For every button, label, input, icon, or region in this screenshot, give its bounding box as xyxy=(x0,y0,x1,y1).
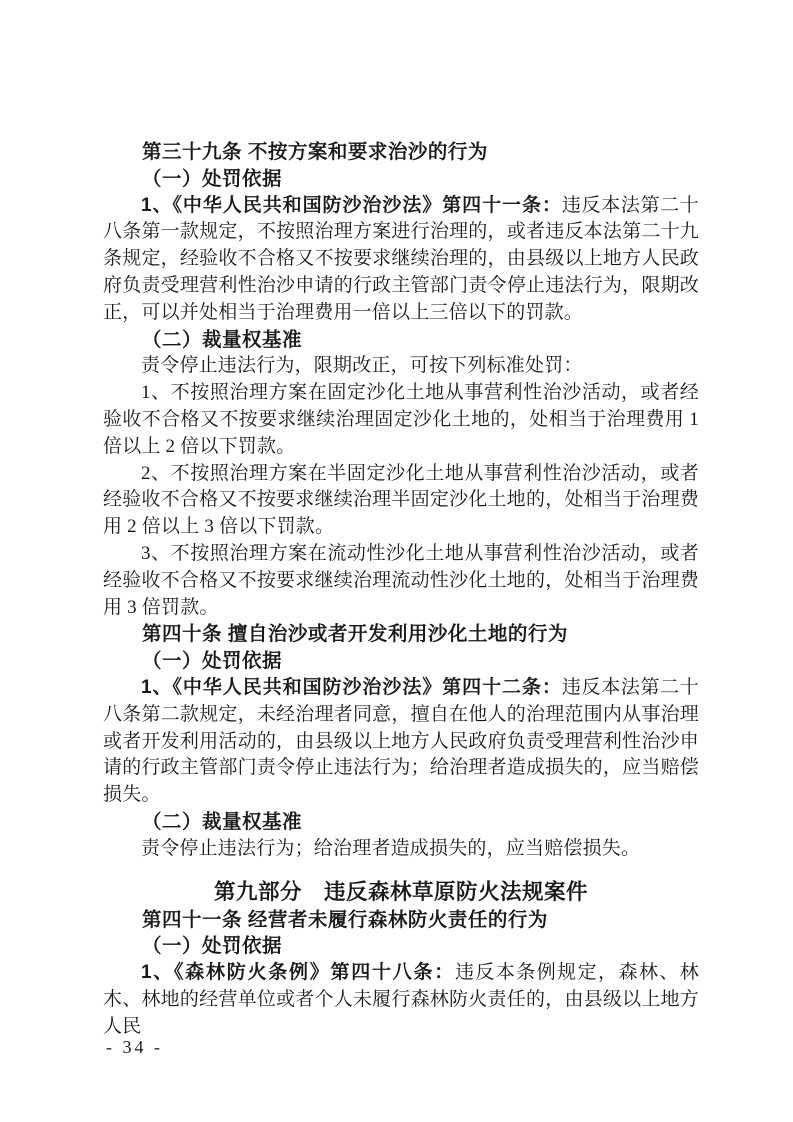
document-body: 第三十九条 不按方案和要求治沙的行为 （一）处罚依据 1、《中华人民共和国防沙治… xyxy=(103,139,699,1041)
document-page: 第三十九条 不按方案和要求治沙的行为 （一）处罚依据 1、《中华人民共和国防沙治… xyxy=(0,0,793,1122)
article-39-discretion-item-2: 2、不按照治理方案在半固定沙化土地从事营利性治沙活动，或者经验收不合格又不按要求… xyxy=(103,461,699,541)
page-number: - 34 - xyxy=(106,1037,163,1058)
article-39-basis-heading: （一）处罚依据 xyxy=(103,166,699,193)
article-40-discretion-text: 责令停止违法行为；给治理者造成损失的，应当赔偿损失。 xyxy=(103,836,699,863)
article-39-discretion-intro: 责令停止违法行为，限期改正，可按下列标准处罚： xyxy=(103,353,699,380)
article-40-discretion-heading: （二）裁量权基准 xyxy=(103,809,699,836)
article-39-discretion-item-1: 1、不按照治理方案在固定沙化土地从事营利性治沙活动，或者经验收不合格又不按要求继… xyxy=(103,380,699,460)
article-39-basis-paragraph: 1、《中华人民共和国防沙治沙法》第四十一条：违反本法第二十八条第一款规定，不按照… xyxy=(103,193,699,327)
article-39-discretion-heading: （二）裁量权基准 xyxy=(103,327,699,354)
article-39-heading: 第三十九条 不按方案和要求治沙的行为 xyxy=(103,139,699,166)
article-40-heading: 第四十条 擅自治沙或者开发利用沙化土地的行为 xyxy=(103,621,699,648)
article-41-basis-paragraph: 1、《森林防火条例》第四十八条：违反本条例规定，森林、林木、林地的经营单位或者个… xyxy=(103,960,699,1040)
article-40-basis-heading: （一）处罚依据 xyxy=(103,648,699,675)
article-40-legal-citation: 1、《中华人民共和国防沙治沙法》第四十二条： xyxy=(141,677,562,698)
article-40-basis-paragraph: 1、《中华人民共和国防沙治沙法》第四十二条：违反本法第二十八条第二款规定，未经治… xyxy=(103,675,699,809)
article-39-discretion-item-3: 3、不按照治理方案在流动性沙化土地从事营利性治沙活动，或者经验收不合格又不按要求… xyxy=(103,541,699,621)
article-41-legal-citation: 1、《森林防火条例》第四十八条： xyxy=(141,962,455,983)
article-39-legal-citation: 1、《中华人民共和国防沙治沙法》第四十一条： xyxy=(141,195,562,216)
part-9-section-title: 第九部分 违反森林草原防火法规案件 xyxy=(103,879,699,906)
article-41-heading: 第四十一条 经营者未履行森林防火责任的行为 xyxy=(103,907,699,934)
article-41-basis-heading: （一）处罚依据 xyxy=(103,933,699,960)
